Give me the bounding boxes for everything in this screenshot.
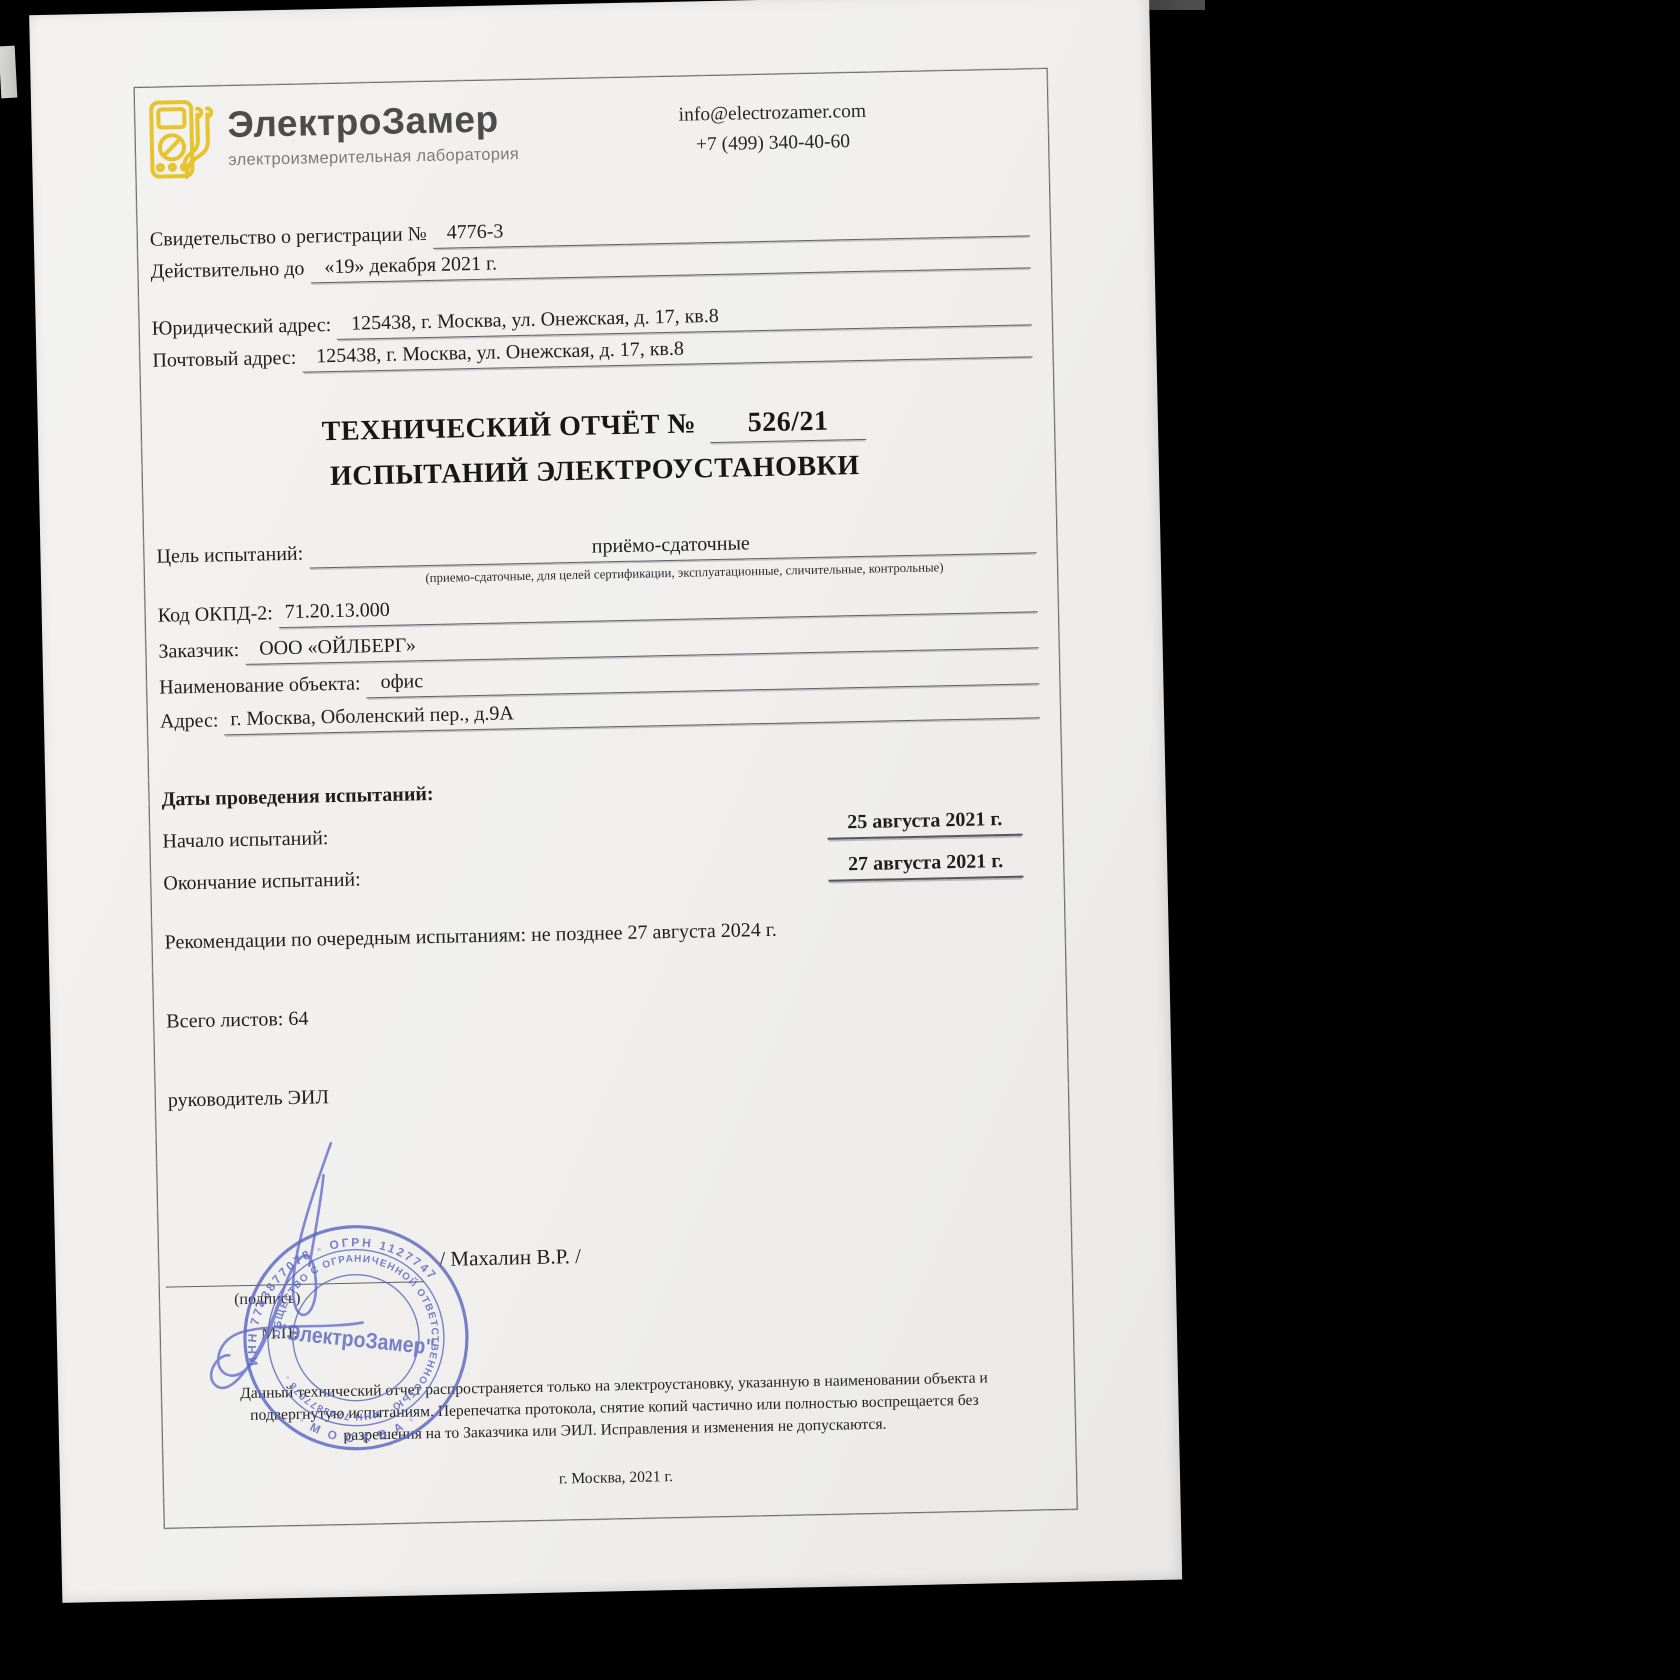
purpose-label: Цель испытаний:	[156, 543, 303, 572]
report-title-line2: ИСПЫТАНИЙ ЭЛЕКТРОУСТАНОВКИ	[155, 446, 1035, 496]
object-address-label: Адрес:	[160, 709, 219, 736]
report-title-line1: ТЕХНИЧЕСКИЙ ОТЧЁТ №526/21	[154, 401, 1035, 454]
multimeter-logo-icon	[147, 96, 215, 189]
start-date-row: Начало испытаний: 25 августа 2021 г.	[162, 807, 1042, 853]
start-date-label: Начало испытаний:	[162, 827, 328, 853]
letterhead: ЭлектроЗамер электроизмерительная лабора…	[147, 79, 1029, 193]
document-page: ЭлектроЗамер электроизмерительная лабора…	[29, 0, 1182, 1603]
page-border-frame: ЭлектроЗамер электроизмерительная лабора…	[134, 68, 1078, 1529]
company-stamp: ИНН 7743877078 ◦ ОГРН 1127747 ◦ М О С К …	[237, 1218, 476, 1457]
report-number: 526/21	[710, 405, 867, 443]
okpd-label: Код ОКПД-2:	[158, 602, 274, 630]
valid-until-label: Действительно до	[150, 258, 304, 287]
object-name-value: офис	[366, 657, 1039, 698]
brand-subtitle: электроизмерительная лаборатория	[228, 145, 519, 170]
end-date-row: Окончание испытаний: 27 августа 2021 г.	[163, 849, 1043, 895]
customer-label: Заказчик:	[158, 639, 239, 667]
end-date-value: 27 августа 2021 г.	[828, 850, 1024, 882]
contact-block: info@electrozamer.com +7 (499) 340-40-60	[627, 96, 918, 162]
dates-heading: Даты проведения испытаний:	[161, 770, 1041, 811]
stamp-center-text: "ЭлектроЗамер"	[276, 1319, 436, 1360]
legal-address-label: Юридический адрес:	[152, 314, 332, 344]
recommendation-text: Рекомендации по очередным испытаниям: не…	[164, 913, 1044, 954]
end-date-label: Окончание испытаний:	[163, 869, 361, 896]
background-sheet-artifact	[0, 46, 17, 99]
scan-noise-artifact	[1145, 0, 1205, 10]
footer-city: г. Москва, 2021 г.	[176, 1461, 1056, 1497]
okpd-value: 71.20.13.000	[279, 585, 1038, 628]
report-title: ТЕХНИЧЕСКИЙ ОТЧЁТ №526/21 ИСПЫТАНИЙ ЭЛЕК…	[154, 401, 1035, 496]
start-date-value: 25 августа 2021 г.	[827, 808, 1023, 840]
total-sheets: Всего листов: 64	[166, 992, 1046, 1033]
object-name-label: Наименование объекта:	[159, 672, 361, 702]
signature-area: (подпись) / Махалин В.Р. / М.П.	[169, 1148, 1053, 1372]
certificate-label: Свидетельство о регистрации №	[150, 223, 427, 255]
contact-phone: +7 (499) 340-40-60	[628, 126, 919, 162]
customer-value: ООО «ОЙЛБЕРГ»	[245, 621, 1039, 665]
postal-address-label: Почтовый адрес:	[152, 347, 296, 376]
brand-name: ЭлектроЗамер	[227, 100, 519, 145]
signatory-role: руководитель ЭИЛ	[168, 1071, 1048, 1112]
report-title-prefix: ТЕХНИЧЕСКИЙ ОТЧЁТ №	[321, 408, 696, 447]
